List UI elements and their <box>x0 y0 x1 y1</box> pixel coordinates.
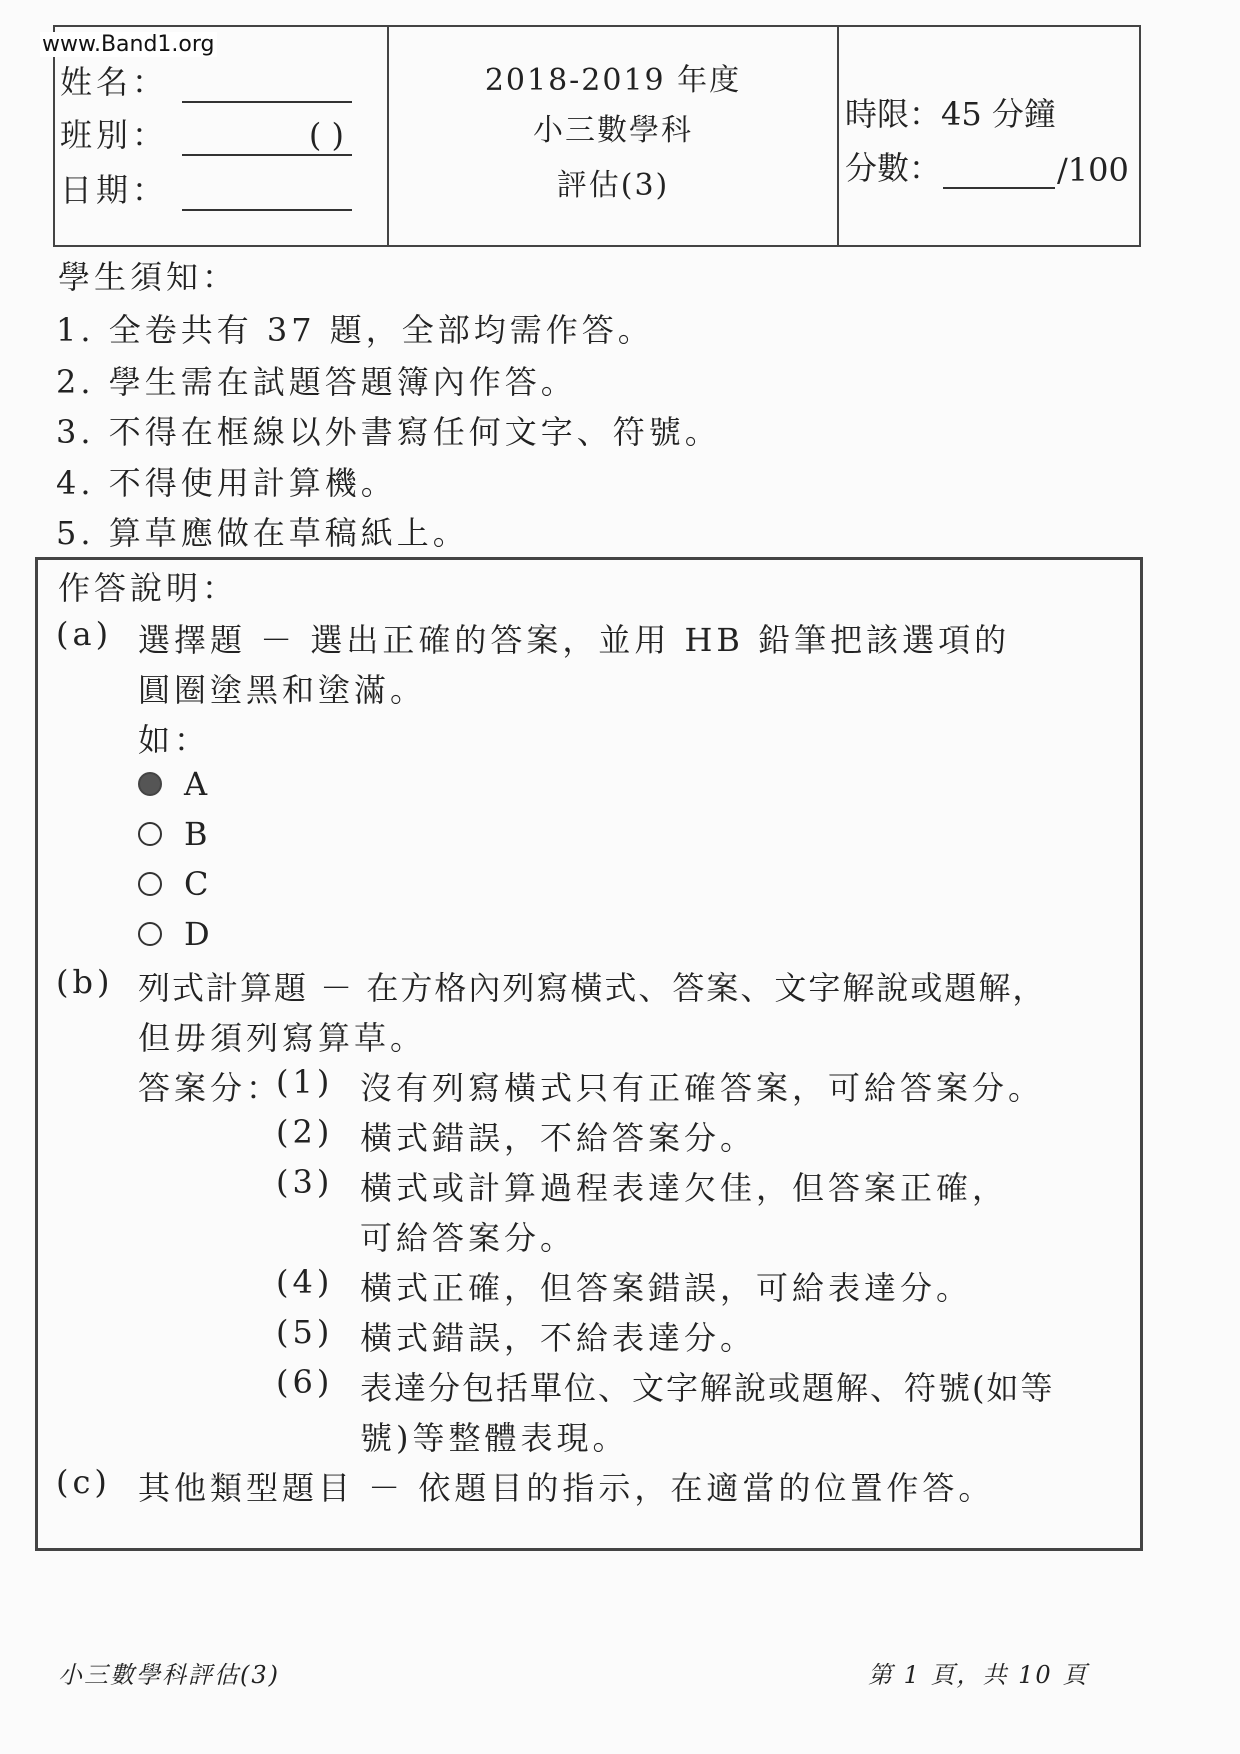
notes-title: 學生須知： <box>58 252 238 298</box>
option-letter: C <box>184 865 208 903</box>
subject-title: 小三數學科 <box>389 105 837 149</box>
note-item: 5. 算草應做在草稿紙上。 <box>56 508 469 554</box>
assessment-title: 評估(3) <box>389 160 837 204</box>
rule-num: (1) <box>276 1063 333 1101</box>
rule-text: 表達分包括單位、文字解說或題解、符號(如等 <box>360 1363 1055 1409</box>
section-a-label: (a) <box>56 615 112 653</box>
instructions-title: 作答說明： <box>58 563 238 609</box>
rule-num: (2) <box>276 1113 333 1151</box>
class-label: 班別： <box>60 110 168 156</box>
empty-bubble-icon[interactable] <box>138 922 162 946</box>
footer-page-number: 第 1 頁，共 10 頁 <box>868 1655 1088 1690</box>
exam-title-cell: 2018-2019 年度 小三數學科 評估(3) <box>389 27 839 245</box>
section-a-line2: 圓圈塗黑和塗滿。 <box>138 665 426 711</box>
header-table: 姓名： 班別： ( ) 日期： 2018-2019 年度 小三數學科 評估(3)… <box>53 25 1141 247</box>
class-number-parens[interactable]: ( ) <box>309 116 344 154</box>
score-rules-label: 答案分： <box>138 1063 282 1109</box>
note-item: 4. 不得使用計算機。 <box>56 458 397 504</box>
time-limit-text: 時限：45 分鐘 <box>845 89 1056 135</box>
option-letter: B <box>184 815 208 853</box>
score-input-line[interactable] <box>943 153 1055 189</box>
section-b-line1: 列式計算題 － 在方格內列寫橫式、答案、文字解說或題解， <box>138 963 1046 1009</box>
rule-num: (3) <box>276 1163 333 1201</box>
section-a-line1: 選擇題 － 選出正確的答案，並用 HB 鉛筆把該選項的 <box>138 615 1010 661</box>
instructions-box: 作答說明： (a) 選擇題 － 選出正確的答案，並用 HB 鉛筆把該選項的 圓圈… <box>35 557 1143 1551</box>
rule-text: 沒有列寫橫式只有正確答案，可給答案分。 <box>360 1063 1044 1109</box>
rule-num: (5) <box>276 1313 333 1351</box>
time-limit: 時限：45 分鐘 <box>845 89 1056 135</box>
empty-bubble-icon[interactable] <box>138 872 162 896</box>
rule-text: 橫式錯誤，不給答案分。 <box>360 1113 756 1159</box>
rule-text: 橫式正確，但答案錯誤，可給表達分。 <box>360 1263 972 1309</box>
rule-text: 可給答案分。 <box>360 1213 576 1259</box>
option-letter: D <box>184 915 210 953</box>
section-c-label: (c) <box>56 1463 111 1501</box>
date-input-line[interactable] <box>182 175 352 211</box>
class-input-line[interactable]: ( ) <box>182 120 352 156</box>
note-item: 1. 全卷共有 37 題，全部均需作答。 <box>56 305 654 351</box>
class-field: 班別： ( ) <box>60 110 352 156</box>
name-label: 姓名： <box>60 57 168 103</box>
option-a[interactable]: A <box>138 765 207 803</box>
date-label: 日期： <box>60 165 168 211</box>
time-score-cell: 時限：45 分鐘 分數： /100 <box>839 27 1139 245</box>
name-field: 姓名： <box>60 57 352 103</box>
rule-text: 橫式或計算過程表達欠佳，但答案正確， <box>360 1163 1008 1209</box>
option-c[interactable]: C <box>138 865 208 903</box>
watermark: www.Band1.org <box>40 32 217 57</box>
footer-left: 小三數學科評估(3) <box>58 1655 280 1690</box>
option-d[interactable]: D <box>138 915 210 953</box>
rule-text: 橫式錯誤，不給表達分。 <box>360 1313 756 1359</box>
date-field: 日期： <box>60 165 352 211</box>
rule-num: (4) <box>276 1263 333 1301</box>
note-item: 2. 學生需在試題答題簿內作答。 <box>56 357 577 403</box>
rule-text: 號)等整體表現。 <box>360 1413 629 1459</box>
empty-bubble-icon[interactable] <box>138 822 162 846</box>
example-label: 如： <box>138 715 210 761</box>
filled-bubble-icon[interactable] <box>138 772 162 796</box>
option-b[interactable]: B <box>138 815 208 853</box>
rule-num: (6) <box>276 1363 333 1401</box>
section-c-line1: 其他類型題目 － 依題目的指示，在適當的位置作答。 <box>138 1463 994 1509</box>
name-input-line[interactable] <box>182 67 352 103</box>
section-b-label: (b) <box>56 963 113 1001</box>
score-field: 分數： /100 <box>845 143 1129 189</box>
score-label: 分數： <box>845 143 941 189</box>
student-info-cell: 姓名： 班別： ( ) 日期： <box>55 27 389 245</box>
school-year: 2018-2019 年度 <box>389 55 837 99</box>
option-letter: A <box>184 765 207 803</box>
note-item: 3. 不得在框線以外書寫任何文字、符號。 <box>56 407 721 453</box>
score-total: /100 <box>1057 151 1129 189</box>
section-b-line2: 但毋須列寫算草。 <box>138 1013 426 1059</box>
